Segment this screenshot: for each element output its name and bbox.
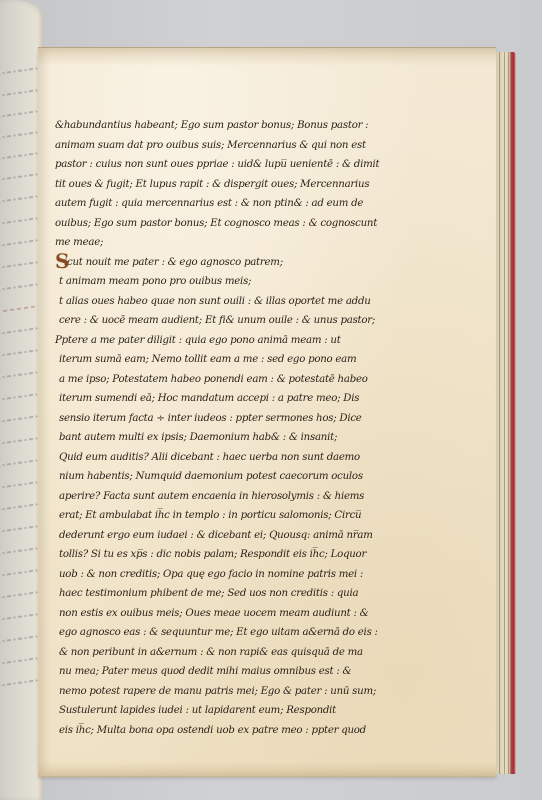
ghost-text-line: [0, 613, 40, 621]
text-line: eis ih̅c; Multa bona opa ostendi uob ex …: [59, 725, 366, 736]
text-line: aperire? Facta sunt autem encaenia in hi…: [59, 491, 364, 502]
text-line: dederunt ergo eum iudaei : & dicebant ei…: [59, 530, 373, 541]
manuscript-photo: &habundantius habeant; Ego sum pastor bo…: [0, 0, 542, 800]
ghost-text-line: [0, 239, 40, 247]
text-line-content: icut nouit me pater : & ego agnosco patr…: [64, 257, 283, 268]
ghost-text-line: [0, 349, 40, 357]
text-line: haec testimonium phibent de me; Sed uos …: [59, 588, 358, 599]
decorated-initial: S: [55, 249, 69, 273]
ghost-rubric-line: [0, 305, 40, 313]
ghost-text-line: [0, 635, 40, 643]
ghost-text-line: [0, 261, 40, 269]
page-stain: [38, 48, 496, 66]
leaf-edge: [508, 52, 509, 774]
text-line: nium habentis; Numquid daemonium potest …: [59, 471, 363, 482]
ghost-text-line: [0, 217, 40, 225]
ghost-text-line: [0, 481, 40, 489]
text-line: ego agnosco eas : & sequuntur me; Et ego…: [59, 627, 378, 638]
ghost-text-line: [0, 110, 40, 118]
text-line: Quid eum auditis? Alii dicebant : haec u…: [59, 452, 360, 463]
text-line: uob : & non creditis; Opa quę ego facio …: [59, 569, 363, 580]
text-line: erat; Et ambulabat ih̅c in templo : in p…: [59, 510, 361, 521]
ghost-text-line: [0, 67, 40, 75]
text-line: animam suam dat pro ouibus suis; Mercenn…: [55, 140, 366, 151]
page-stain: [38, 762, 496, 776]
manuscript-page: &habundantius habeant; Ego sum pastor bo…: [38, 47, 496, 777]
ghost-text-line: [0, 393, 40, 401]
text-line: me meae;: [55, 237, 103, 248]
ghost-text-line: [0, 371, 40, 379]
text-line: pastor : cuius non sunt oues ppriae : ui…: [55, 159, 379, 170]
ghost-text-line: [0, 657, 40, 665]
text-line: autem fugit : quia mercennarius est : & …: [55, 198, 363, 209]
text-line: nemo potest rapere de manu patris mei; E…: [59, 686, 376, 697]
ghost-text-line: [0, 459, 40, 467]
ghost-text-line: [0, 131, 40, 139]
ghost-text-line: [0, 679, 40, 687]
ghost-text-line: [0, 195, 40, 203]
text-line: bant autem multi ex ipsis; Daemonium hab…: [59, 432, 337, 443]
ghost-text-line: [0, 437, 40, 445]
text-line: iterum sumā eam; Nemo tollit eam a me : …: [59, 354, 356, 365]
text-line: nu mea; Pater meus quod dedit mihi maius…: [59, 666, 351, 677]
leaf-edge: [499, 52, 500, 774]
text-line: &habundantius habeant; Ego sum pastor bo…: [55, 120, 368, 131]
ghost-text-line: [0, 152, 40, 160]
ghost-text-line: [0, 525, 40, 533]
ghost-text-line: [0, 591, 40, 599]
text-line: t alias oues habeo quae non sunt ouili :…: [59, 296, 371, 307]
text-line: & non peribunt in a&ernum : & non rapi& …: [59, 647, 363, 658]
text-line: Sustulerunt lapides iudei : ut lapidaren…: [59, 705, 336, 716]
ghost-text-line: [0, 569, 40, 577]
text-line: a me ipso; Potestatem habeo ponendi eam …: [59, 374, 368, 385]
ghost-text-line: [0, 283, 40, 291]
ghost-text-line: [0, 547, 40, 555]
text-line: non estis ex ouibus meis; Oues meae uoce…: [59, 608, 368, 619]
text-line: S icut nouit me pater : & ego agnosco pa…: [64, 257, 283, 268]
leaf-edge: [504, 52, 505, 774]
text-line: Pptere a me pater diligit : quia ego pon…: [55, 335, 341, 346]
text-line: tit oues & fugit; Et lupus rapit : & dis…: [55, 179, 369, 190]
text-line: ouibus; Ego sum pastor bonus; Et cognosc…: [55, 218, 377, 229]
text-line: iterum sumendi eā; Hoc mandatum accepi :…: [59, 393, 359, 404]
ghost-text-line: [0, 89, 40, 97]
text-line: tollis? Si tu es xp̅s : dic nobis palam;…: [59, 549, 366, 560]
ghost-text-line: [0, 415, 40, 423]
text-line: sensio iterum facta ÷ inter iudeos : ppt…: [59, 413, 362, 424]
text-line: cere : & uocē meam audient; Et fi& unum …: [59, 315, 375, 326]
ghost-text-line: [0, 503, 40, 511]
ghost-text-line: [0, 173, 40, 181]
text-line: t animam meam pono pro ouibus meis;: [59, 276, 251, 287]
ghost-text-line: [0, 327, 40, 335]
